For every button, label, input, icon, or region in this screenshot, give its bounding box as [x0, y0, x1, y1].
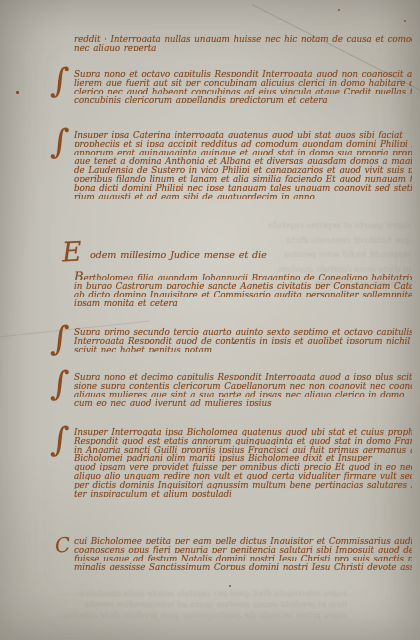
showthrough-line: supra primo secundo die quadragesime quo…: [55, 610, 347, 621]
paragraph-flourish-mark: C: [54, 534, 71, 555]
manuscript-line: per dictis dominis Inquisitori agnussim …: [74, 480, 412, 489]
verso-showthrough-block: supra interrogata dixit quod per capitul…: [55, 588, 347, 621]
paper-speck: [404, 20, 406, 22]
manuscript-line: cum eo nec quod iverunt ad mulieres ipsi…: [74, 397, 412, 406]
manuscript-line: reddit · Interrogata nullas unquam huiss…: [74, 33, 412, 42]
manuscript-line: cui Bicholomee petita per eam pelle dict…: [74, 535, 412, 544]
manuscript-paragraph: ∫ Insuper ipsa Caterina interrogata quat…: [74, 129, 412, 199]
showthrough-line: in dicto anno capitulo quedam: [235, 263, 411, 278]
manuscript-line: Insuper Interrogata ipsa Bicholomea quat…: [74, 427, 412, 436]
manuscript-line: in Angaria sancti Guilli propriis ipsius…: [74, 445, 412, 454]
manuscript-paragraph: ∫ Insuper Interrogata ipsa Bicholomea qu…: [74, 427, 412, 497]
ink-speck: [16, 91, 19, 94]
manuscript-line: annorum erat quinquaginta quinque et quo…: [74, 147, 412, 156]
paragraph-flourish-mark: ∫: [50, 63, 70, 98]
showthrough-line: que habitavit contentis dicta: [235, 234, 411, 249]
showthrough-line: supra quarto et septimo capitulo: [235, 219, 411, 234]
manuscript-line: aliquo alio unquam redire non vult et qu…: [74, 471, 412, 480]
paragraph-flourish-mark: ∫: [50, 366, 70, 401]
manuscript-line: bona dicti domini Philipi nec ipse tanqu…: [74, 182, 412, 191]
showthrough-line: et cetera predictorum: [235, 277, 411, 292]
manuscript-line: sione supra contentis clericorum Capella…: [74, 380, 412, 389]
manuscript-line: quod ipsam vere providet fuisse per omni…: [74, 462, 412, 471]
paragraph-flourish-mark: ∫: [50, 422, 70, 457]
manuscript-line: propheciis et si ipsa accipit redditus a…: [74, 138, 412, 147]
manuscript-line: que tenet a domina Anthonia et Albana et…: [74, 155, 412, 164]
manuscript-line: Bicholomei padriani olim mariti ipsius B…: [74, 453, 412, 462]
manuscript-line: nec aliquo reperta: [74, 42, 412, 51]
showthrough-line: supra interrogata dixit quod per capitul…: [55, 588, 347, 599]
manuscript-paragraph: C cui Bicholomee petita per eam pelle di…: [74, 535, 412, 570]
manuscript-photo: reddit · Interrogata nullas unquam huiss…: [0, 0, 420, 640]
manuscript-line: rium augusti et ad eam sibi de quatuorde…: [74, 191, 412, 200]
paper-speck: [233, 342, 235, 344]
manuscript-paragraph: reddit · Interrogata nullas unquam huiss…: [74, 33, 412, 51]
manuscript-line: operibus filando linum et lanam et alia …: [74, 173, 412, 182]
showthrough-line: respondit nichil scire penitus: [235, 248, 411, 263]
manuscript-line: Supra nono et decimo capitulis Respondit…: [74, 371, 412, 380]
manuscript-line: Insuper ipsa Caterina interrogata quaten…: [74, 129, 412, 138]
manuscript-line: Interrogata Respondit quod de contentis …: [74, 335, 412, 344]
manuscript-line: scivit nec habet penitus notam: [74, 344, 412, 353]
paragraph-flourish-mark: ∫: [50, 321, 70, 356]
manuscript-line: aliquas mulieres que sint a sua parte ad…: [74, 389, 412, 398]
manuscript-line: ter inspiraculum et alium postuladi: [74, 489, 412, 498]
manuscript-line: de Laudensia de Sustero in vico Philipi …: [74, 164, 412, 173]
manuscript-line: fuisse usque ad festum Natalis domini no…: [74, 553, 412, 562]
manuscript-line: Supra nono et octavo capitulis Respondit…: [74, 68, 412, 77]
manuscript-line: clerico nec quod habeant concubinas ad e…: [74, 86, 412, 95]
illuminated-initial: E: [61, 239, 82, 267]
manuscript-paragraph: ∫ Supra primo secundo tercio quarto quin…: [74, 326, 412, 352]
paragraph-flourish-mark: ∫: [50, 124, 70, 159]
manuscript-line: Supra primo secundo tercio quarto quinto…: [74, 326, 412, 335]
showthrough-line: item et predicta omnia quedam ipsius ad …: [55, 599, 347, 610]
manuscript-paragraph: ∫ Supra nono et octavo capitulis Respond…: [74, 68, 412, 103]
manuscript-line: ipsam monita et cetera: [74, 297, 412, 306]
manuscript-line: concubinis clericorum appellandis predic…: [74, 94, 412, 103]
manuscript-paragraph: ∫ Supra nono et decimo capitulis Respond…: [74, 371, 412, 406]
manuscript-line: minalis gessisse Sanctissimum Corpus dom…: [74, 561, 412, 570]
paper-speck: [338, 9, 340, 11]
manuscript-line: lierem que fuerit aut sit per concubinam…: [74, 77, 412, 86]
manuscript-line: cognoscens opus fieri penuria per penite…: [74, 544, 412, 553]
verso-showthrough-block: supra quarto et septimo capitulo que hab…: [235, 219, 411, 292]
paper-speck: [229, 585, 231, 587]
manuscript-line: Respondit quod est etatis annorum quinqu…: [74, 436, 412, 445]
